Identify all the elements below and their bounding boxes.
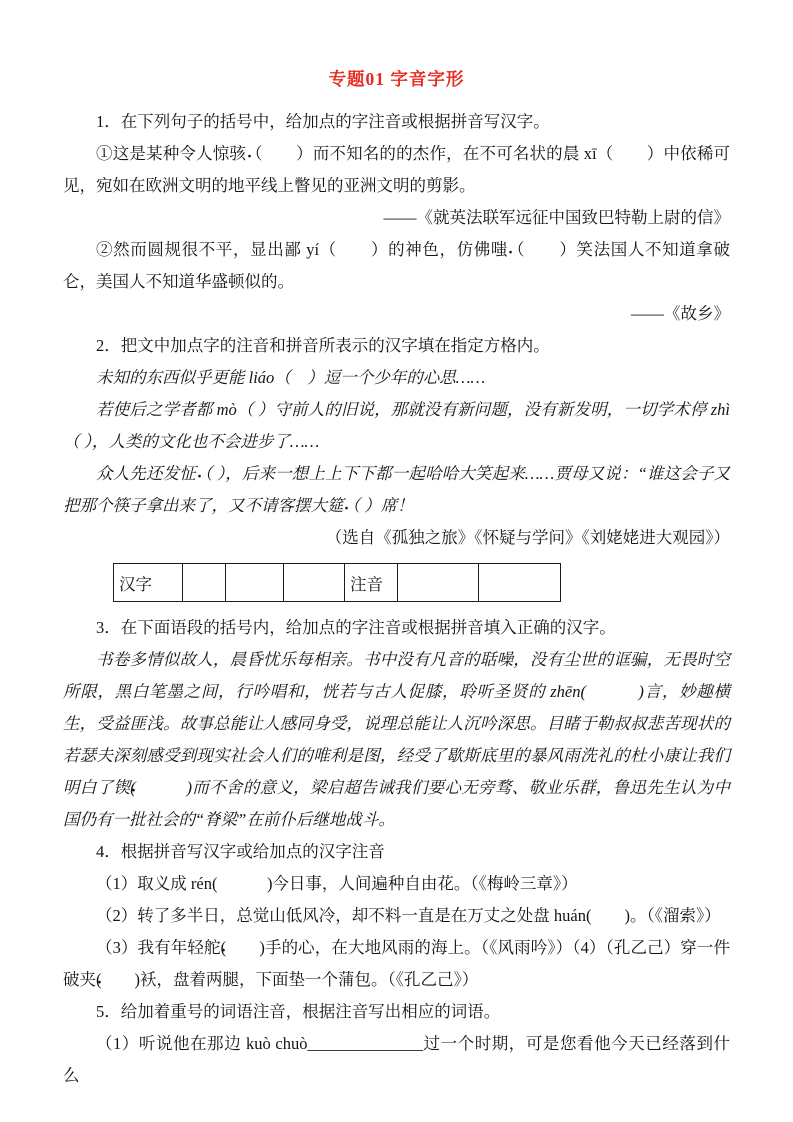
- grid-label-cell: 注音: [345, 564, 398, 602]
- answer-grid-table: 汉字注音: [113, 563, 561, 602]
- q5-prompt: 5．给加着重号的词语注音，根据注音写出相应的词语。: [63, 996, 730, 1028]
- dotted-character: 夹: [80, 970, 97, 989]
- q5-item-1: （1）听说他在那边 kuò chuò______________过一个时期，可是…: [63, 1028, 730, 1092]
- q1-source-1: ——《就英法联军远征中国致巴特勒上尉的信》: [63, 202, 730, 234]
- dotted-character: 骇: [229, 144, 246, 163]
- text-segment: 1．在下列句子的括号中，给加点的字注音或根据拼音写汉字。: [96, 112, 550, 131]
- q4-item-1: （1）取义成 rén( )今日事，人间遍种自由花。（《梅岭三章》）: [63, 868, 730, 900]
- q3-prompt: 3．在下面语段的括号内，给加点的字注音或根据拼音填入正确的汉字。: [63, 612, 730, 644]
- text-segment: （1）取义成 rén( )今日事，人间遍种自由花。（《梅岭三章》）: [96, 874, 578, 893]
- q1-sentence-2: ②然而圆规很不平，显出鄙 yí（ ）的神色，仿佛嗤（ ）笑法国人不知道拿破仑，美…: [63, 234, 730, 298]
- grid-answer-cell: [479, 564, 561, 602]
- text-segment: 未知的东西似乎更能 liáo（ ）逗一个少年的心思……: [96, 368, 485, 387]
- text-segment: （选自《孤独之旅》《怀疑与学问》《刘姥姥进大观园》）: [326, 528, 730, 547]
- q1-prompt: 1．在下列句子的括号中，给加点的字注音或根据拼音写汉字。: [63, 106, 730, 138]
- text-segment: （3）我有年轻: [96, 938, 204, 957]
- grid-answer-cell: [284, 564, 345, 602]
- text-segment: （ ）席！: [344, 496, 414, 515]
- q2-source: （选自《孤独之旅》《怀疑与学问》《刘姥姥进大观园》）: [63, 522, 730, 554]
- q4-item-2: （2）转了多半日，总觉山低风冷，却不料一直是在万丈之处盘 huán( )。（《溜…: [63, 900, 730, 932]
- text-segment: 3．在下面语段的括号内，给加点的字注音或根据拼音填入正确的汉字。: [96, 618, 616, 637]
- q2-quote-1: 未知的东西似乎更能 liáo（ ）逗一个少年的心思……: [63, 362, 730, 394]
- dotted-character: 舵: [204, 938, 221, 957]
- q1-sentence-1: ①这是某种令人惊骇（ ）而不知名的的杰作，在不可名状的晨 xī（ ）中依稀可见，…: [63, 138, 730, 202]
- q1-source-2: ——《故乡》: [63, 298, 730, 330]
- grid-answer-cell: [226, 564, 284, 602]
- text-segment: 书卷多情似故人，晨昏忧乐每相亲。书中没有凡音的聒噪，没有尘世的诓骗，无畏时空所限…: [63, 650, 730, 797]
- text-segment: ①这是某种令人惊: [96, 144, 229, 163]
- q2-prompt: 2．把文中加点字的注音和拼音所表示的汉字填在指定方格内。: [63, 330, 730, 362]
- page-title: 专题01 字音字形: [63, 66, 730, 92]
- dotted-character: 筵: [327, 496, 344, 515]
- grid-label-cell: 汉字: [114, 564, 183, 602]
- text-segment: （1）听说他在那边 kuò chuò______________过一个时期，可是…: [63, 1034, 730, 1085]
- text-segment: ②然而圆规很不平，显出鄙 yí（ ）的神色，仿佛: [96, 240, 491, 259]
- worksheet-page: 专题01 字音字形 1．在下列句子的括号中，给加点的字注音或根据拼音写汉字。①这…: [0, 0, 793, 1122]
- text-segment: ——《故乡》: [631, 304, 730, 323]
- text-segment: 4．根据拼音写汉字或给加点的汉字注音: [96, 842, 385, 861]
- text-segment: ——《就英法联军远征中国致巴特勒上尉的信》: [384, 208, 731, 227]
- text-segment: ( )袄，盘着两腿，下面垫一个蒲包。（《孔乙己》）: [96, 970, 478, 989]
- q2-quote-2: 若使后之学者都 mò（ ）守前人的旧说，那就没有新问题，没有新发明，一切学术停 …: [63, 394, 730, 458]
- grid-answer-cell: [183, 564, 226, 602]
- document-body: 1．在下列句子的括号中，给加点的字注音或根据拼音写汉字。①这是某种令人惊骇（ ）…: [63, 106, 730, 1092]
- q4-prompt: 4．根据拼音写汉字或给加点的汉字注音: [63, 836, 730, 868]
- text-segment: （2）转了多半日，总觉山低风冷，却不料一直是在万丈之处盘 huán( )。（《溜…: [96, 906, 721, 925]
- text-segment: 众人先还发: [96, 464, 179, 483]
- text-segment: 5．给加着重号的词语注音，根据注音写出相应的词语。: [96, 1002, 500, 1021]
- text-segment: ( )而不舍的意义，梁启超告诫我们要心无旁骛、敬业乐群，鲁迅先生认为中国仍有一批…: [63, 778, 730, 829]
- dotted-character: 怔: [179, 464, 196, 483]
- text-segment: 若使后之学者都 mò（ ）守前人的旧说，那就没有新问题，没有新发明，一切学术停 …: [63, 400, 730, 451]
- dotted-character: 嗤: [491, 240, 508, 259]
- answer-grid-row: 汉字注音: [114, 564, 561, 602]
- q4-items-3-4: （3）我有年轻舵( )手的心，在大地风雨的海上。（《风雨吟》）（4）（孔乙己）穿…: [63, 932, 730, 996]
- q2-quote-3: 众人先还发怔（ ），后来一想上上下下都一起哈哈大笑起来……贾母又说：“谁这会子又…: [63, 458, 730, 522]
- dotted-character: 锲: [113, 778, 130, 797]
- text-segment: 2．把文中加点字的注音和拼音所表示的汉字填在指定方格内。: [96, 336, 550, 355]
- grid-answer-cell: [398, 564, 479, 602]
- q3-passage: 书卷多情似故人，晨昏忧乐每相亲。书中没有凡音的聒噪，没有尘世的诓骗，无畏时空所限…: [63, 644, 730, 836]
